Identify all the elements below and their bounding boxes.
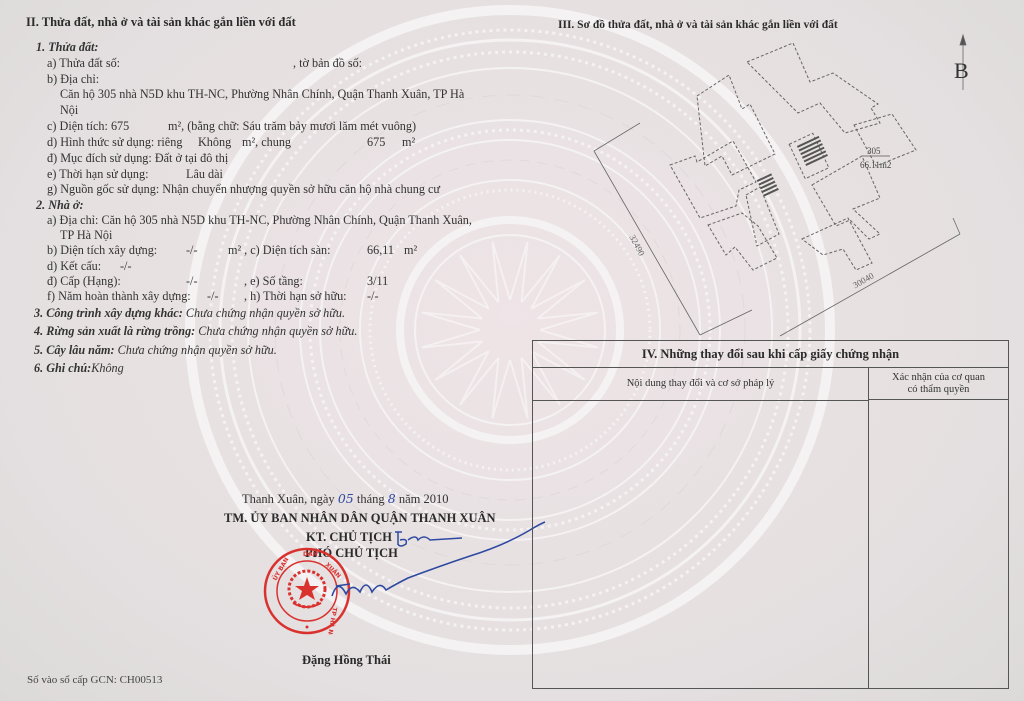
completion-year-label: f) Năm hoàn thành xây dựng: (47, 289, 191, 303)
item6-label: 6. Ghi chú: (34, 361, 91, 375)
usage-term-value: Lâu dài (186, 167, 223, 181)
house-address-line2: TP Hà Nội (60, 228, 112, 242)
structure-label: d) Kết cấu: (47, 259, 101, 273)
svg-text:DÂN: DÂN (303, 551, 318, 558)
build-area-label: b) Diện tích xây dựng: (47, 243, 157, 257)
floor-area-label: m² , c) Diện tích sàn: (228, 243, 330, 257)
item5-label: 5. Cây lâu năm: (34, 343, 115, 357)
house-address-line1: a) Địa chỉ: Căn hộ 305 nhà N5D khu TH-NC… (47, 213, 472, 227)
signer-role1: KT. CHỦ TỊCH (306, 530, 392, 544)
dimension-2: 30040 (850, 269, 876, 292)
changes-confirmation-cell (869, 401, 1008, 688)
place-date: Thanh Xuân, ngày 05 tháng 8 năm 2010 (242, 492, 448, 506)
item6: 6. Ghi chú:Không (34, 361, 124, 375)
grade-value: -/- (186, 274, 198, 288)
svg-text:TP HÀ NỘI: TP HÀ NỘI (325, 607, 338, 635)
section4-title: IV. Những thay đổi sau khi cấp giấy chứn… (533, 341, 1008, 368)
changes-content-cell (533, 401, 869, 688)
item5: 5. Cây lâu năm: Chưa chứng nhận quyền sở… (34, 343, 277, 357)
dimension-1: 32490 (626, 232, 649, 258)
usage-purpose: đ) Mục đích sử dụng: Đất ở tại đô thị (47, 151, 228, 165)
structure-value: -/- (120, 259, 132, 273)
ownership-term-value: -/- (367, 289, 379, 303)
land-address-line2: Nội (60, 103, 78, 117)
land-heading: 1. Thửa đất: (36, 40, 99, 54)
land-area-label: c) Diện tích: 675 (47, 119, 129, 133)
usage-form-label: d) Hình thức sử dụng: riêng (47, 135, 182, 149)
confirmation-line1: Xác nhận của cơ quan (869, 372, 1008, 384)
parcel-number-label: a) Thửa đất số: (47, 56, 120, 70)
unit-area: 66.11m2 (860, 158, 891, 172)
date-day: 05 (338, 491, 354, 506)
floors-label: , e) Số tầng: (244, 274, 303, 288)
section3-title: III. Sơ đồ thửa đất, nhà ở và tài sản kh… (558, 18, 838, 32)
usage-shared-value: 675 (367, 135, 385, 149)
floor-area-unit: m² (404, 243, 417, 257)
changes-table: IV. Những thay đổi sau khi cấp giấy chứn… (532, 340, 1009, 689)
signer-name: Đặng Hồng Thái (302, 653, 391, 667)
confirmation-line2: có thẩm quyền (869, 384, 1008, 396)
house-heading: 2. Nhà ở: (36, 198, 84, 212)
usage-term-label: e) Thời hạn sử dụng: (47, 167, 149, 181)
item5-value: Chưa chứng nhận quyền sở hữu. (118, 343, 277, 357)
usage-private-value: Không (198, 135, 231, 149)
place-date-prefix: Thanh Xuân, ngày (242, 492, 335, 506)
month-label: tháng (357, 492, 385, 506)
north-label: B (954, 60, 969, 82)
floors-value: 3/11 (367, 274, 388, 288)
usage-shared-label: m², chung (242, 135, 291, 149)
item3: 3. Công trình xây dựng khác: Chưa chứng … (34, 306, 345, 320)
map-sheet-label: , tờ bản đồ số: (293, 56, 362, 70)
item4-label: 4. Rừng sản xuất là rừng trồng: (34, 324, 195, 338)
register-number: Số vào sổ cấp GCN: CH00513 (27, 673, 162, 687)
item3-value: Chưa chứng nhận quyền sở hữu. (186, 306, 345, 320)
floor-area-value: 66,11 (367, 243, 394, 257)
land-address-label: b) Địa chỉ: (47, 72, 99, 86)
official-stamp-icon: ỦY BAN DÂN XUÂN TP HÀ NỘI (263, 547, 351, 635)
unit-number: 305 (867, 144, 881, 158)
item4-value: Chưa chứng nhận quyền sở hữu. (198, 324, 357, 338)
item4: 4. Rừng sản xuất là rừng trồng: Chưa chứ… (34, 324, 357, 338)
changes-col-content: Nội dung thay đổi và cơ sở pháp lý (533, 368, 869, 401)
build-area-value: -/- (186, 243, 198, 257)
completion-year-value: -/- (207, 289, 219, 303)
grade-label: đ) Cấp (Hạng): (47, 274, 121, 288)
item3-label: 3. Công trình xây dựng khác: (34, 306, 183, 320)
item6-value: Không (91, 361, 124, 375)
changes-col-confirmation: Xác nhận của cơ quan có thẩm quyền (869, 368, 1008, 400)
section2-title: II. Thửa đất, nhà ở và tài sản khác gắn … (26, 15, 296, 29)
usage-origin: g) Nguồn gốc sử dụng: Nhận chuyển nhượng… (47, 182, 440, 196)
land-area-words: m², (bằng chữ: Sáu trăm bảy mươi lăm mét… (168, 119, 416, 133)
ownership-term-label: , h) Thời hạn sở hữu: (244, 289, 347, 303)
issuing-org: TM. ỦY BAN NHÂN DÂN QUẬN THANH XUÂN (224, 511, 496, 525)
usage-shared-unit: m² (402, 135, 415, 149)
date-month: 8 (388, 491, 396, 506)
year-label: năm 2010 (399, 492, 449, 506)
land-address-line1: Căn hộ 305 nhà N5D khu TH-NC, Phường Nhâ… (60, 87, 464, 101)
